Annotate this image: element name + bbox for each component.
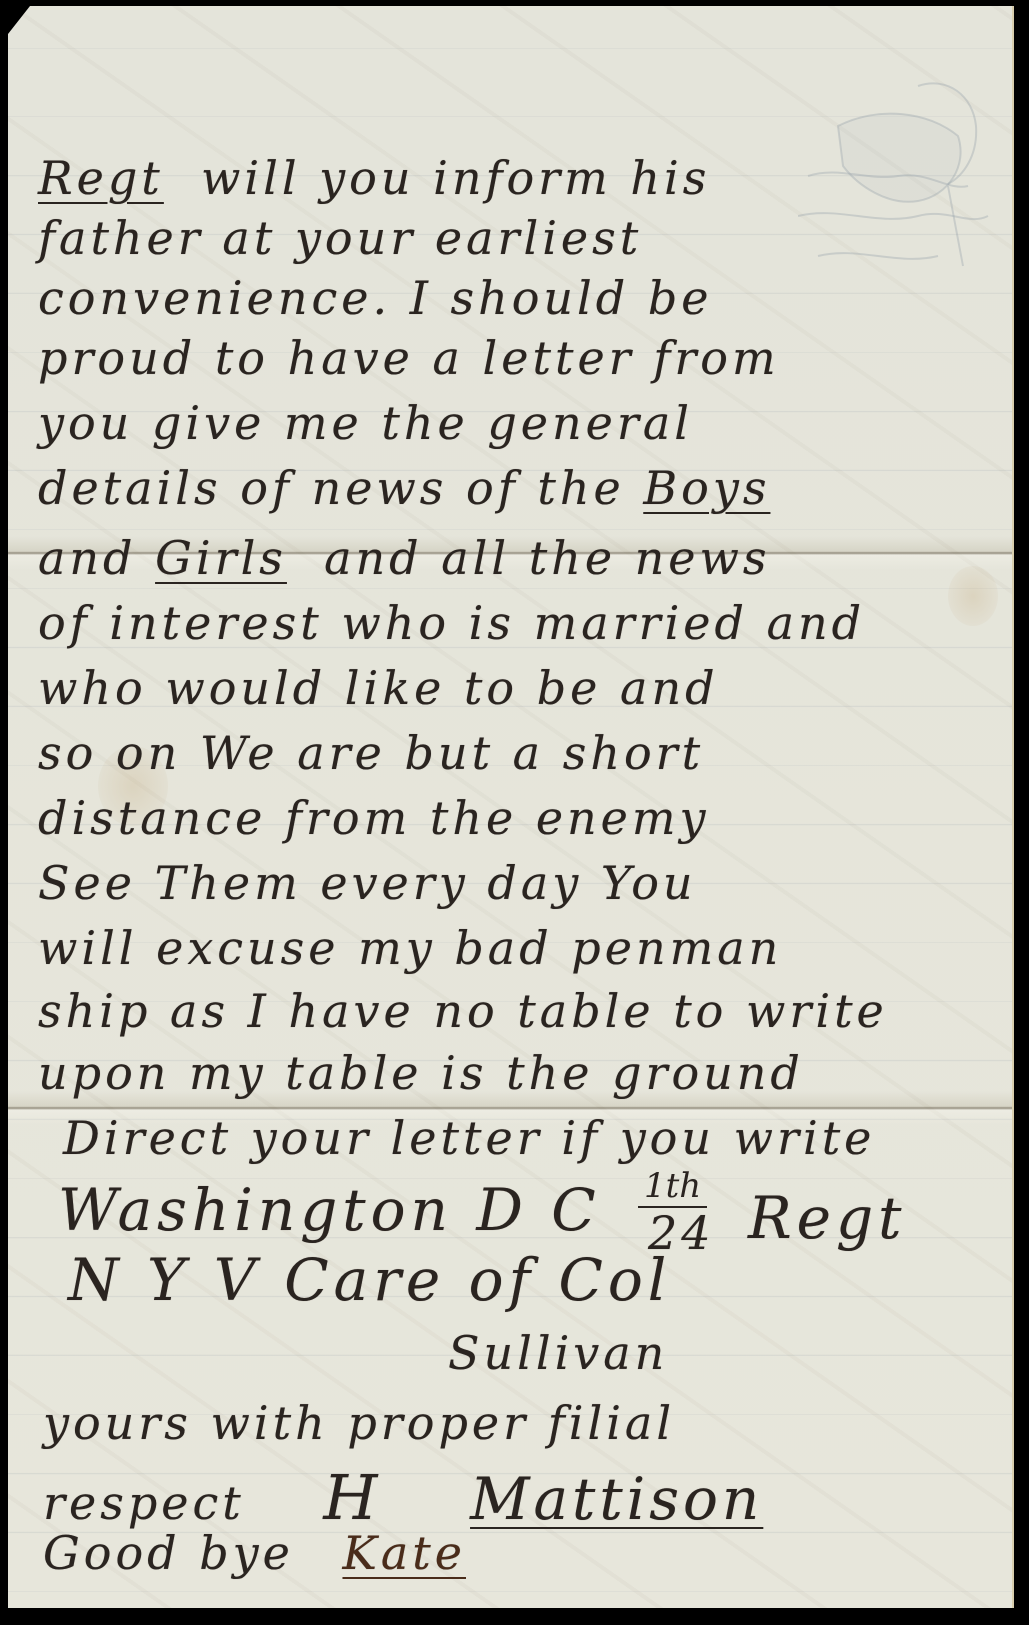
closing-line-3: Good bye Kate xyxy=(43,1526,466,1580)
letter-line-9: who would like to be and xyxy=(38,661,719,715)
underlined-word: Boys xyxy=(643,461,770,515)
address-line-3: Sullivan xyxy=(448,1326,668,1380)
signature-initial: H xyxy=(323,1461,381,1534)
letter-line-13: will excuse my bad penman xyxy=(38,921,782,975)
regiment-fraction-top: 1th xyxy=(638,1166,707,1208)
line-text: and all the news xyxy=(287,531,771,585)
line-text: will you inform his xyxy=(182,151,710,205)
letter-line-7: and Girls and all the news xyxy=(38,531,771,585)
letter-body: Regt will you inform his father at your … xyxy=(38,6,992,1608)
letter-line-8: of interest who is married and xyxy=(38,596,865,650)
address-line-2: N Y V Care of Col xyxy=(68,1246,671,1314)
letter-line-3: convenience. I should be xyxy=(38,271,713,325)
signature-surname: Mattison xyxy=(470,1465,763,1533)
closing-goodbye: Good bye xyxy=(43,1526,294,1580)
letter-line-2: father at your earliest xyxy=(38,211,642,265)
closing-respect: respect xyxy=(43,1476,245,1530)
address-city: Washington D C xyxy=(58,1176,601,1244)
letter-line-15: upon my table is the ground xyxy=(38,1046,804,1100)
underlined-word: Regt xyxy=(38,151,164,205)
closing-line-1: yours with proper filial xyxy=(43,1396,675,1450)
letter-line-10: so on We are but a short xyxy=(38,726,704,780)
letter-line-14: ship as I have no table to write xyxy=(38,984,888,1038)
line-text: and xyxy=(38,531,155,585)
letter-line-4: proud to have a letter from xyxy=(38,331,780,385)
letter-line-1: Regt will you inform his xyxy=(38,151,710,205)
regiment-label: Regt xyxy=(748,1184,906,1252)
letter-line-6: details of news of the Boys xyxy=(38,461,770,515)
letter-page: Regt will you inform his father at your … xyxy=(8,6,1014,1608)
signature-name: Kate xyxy=(342,1526,466,1580)
closing-line-2: respect H Mattison xyxy=(43,1461,763,1534)
letter-line-11: distance from the enemy xyxy=(38,791,710,845)
letter-line-12: See Them every day You xyxy=(38,856,697,910)
underlined-word: Girls xyxy=(155,531,287,585)
letter-line-5: you give me the general xyxy=(38,396,693,450)
line-text: details of news of the xyxy=(38,461,643,515)
address-intro: Direct your letter if you write xyxy=(63,1111,875,1165)
